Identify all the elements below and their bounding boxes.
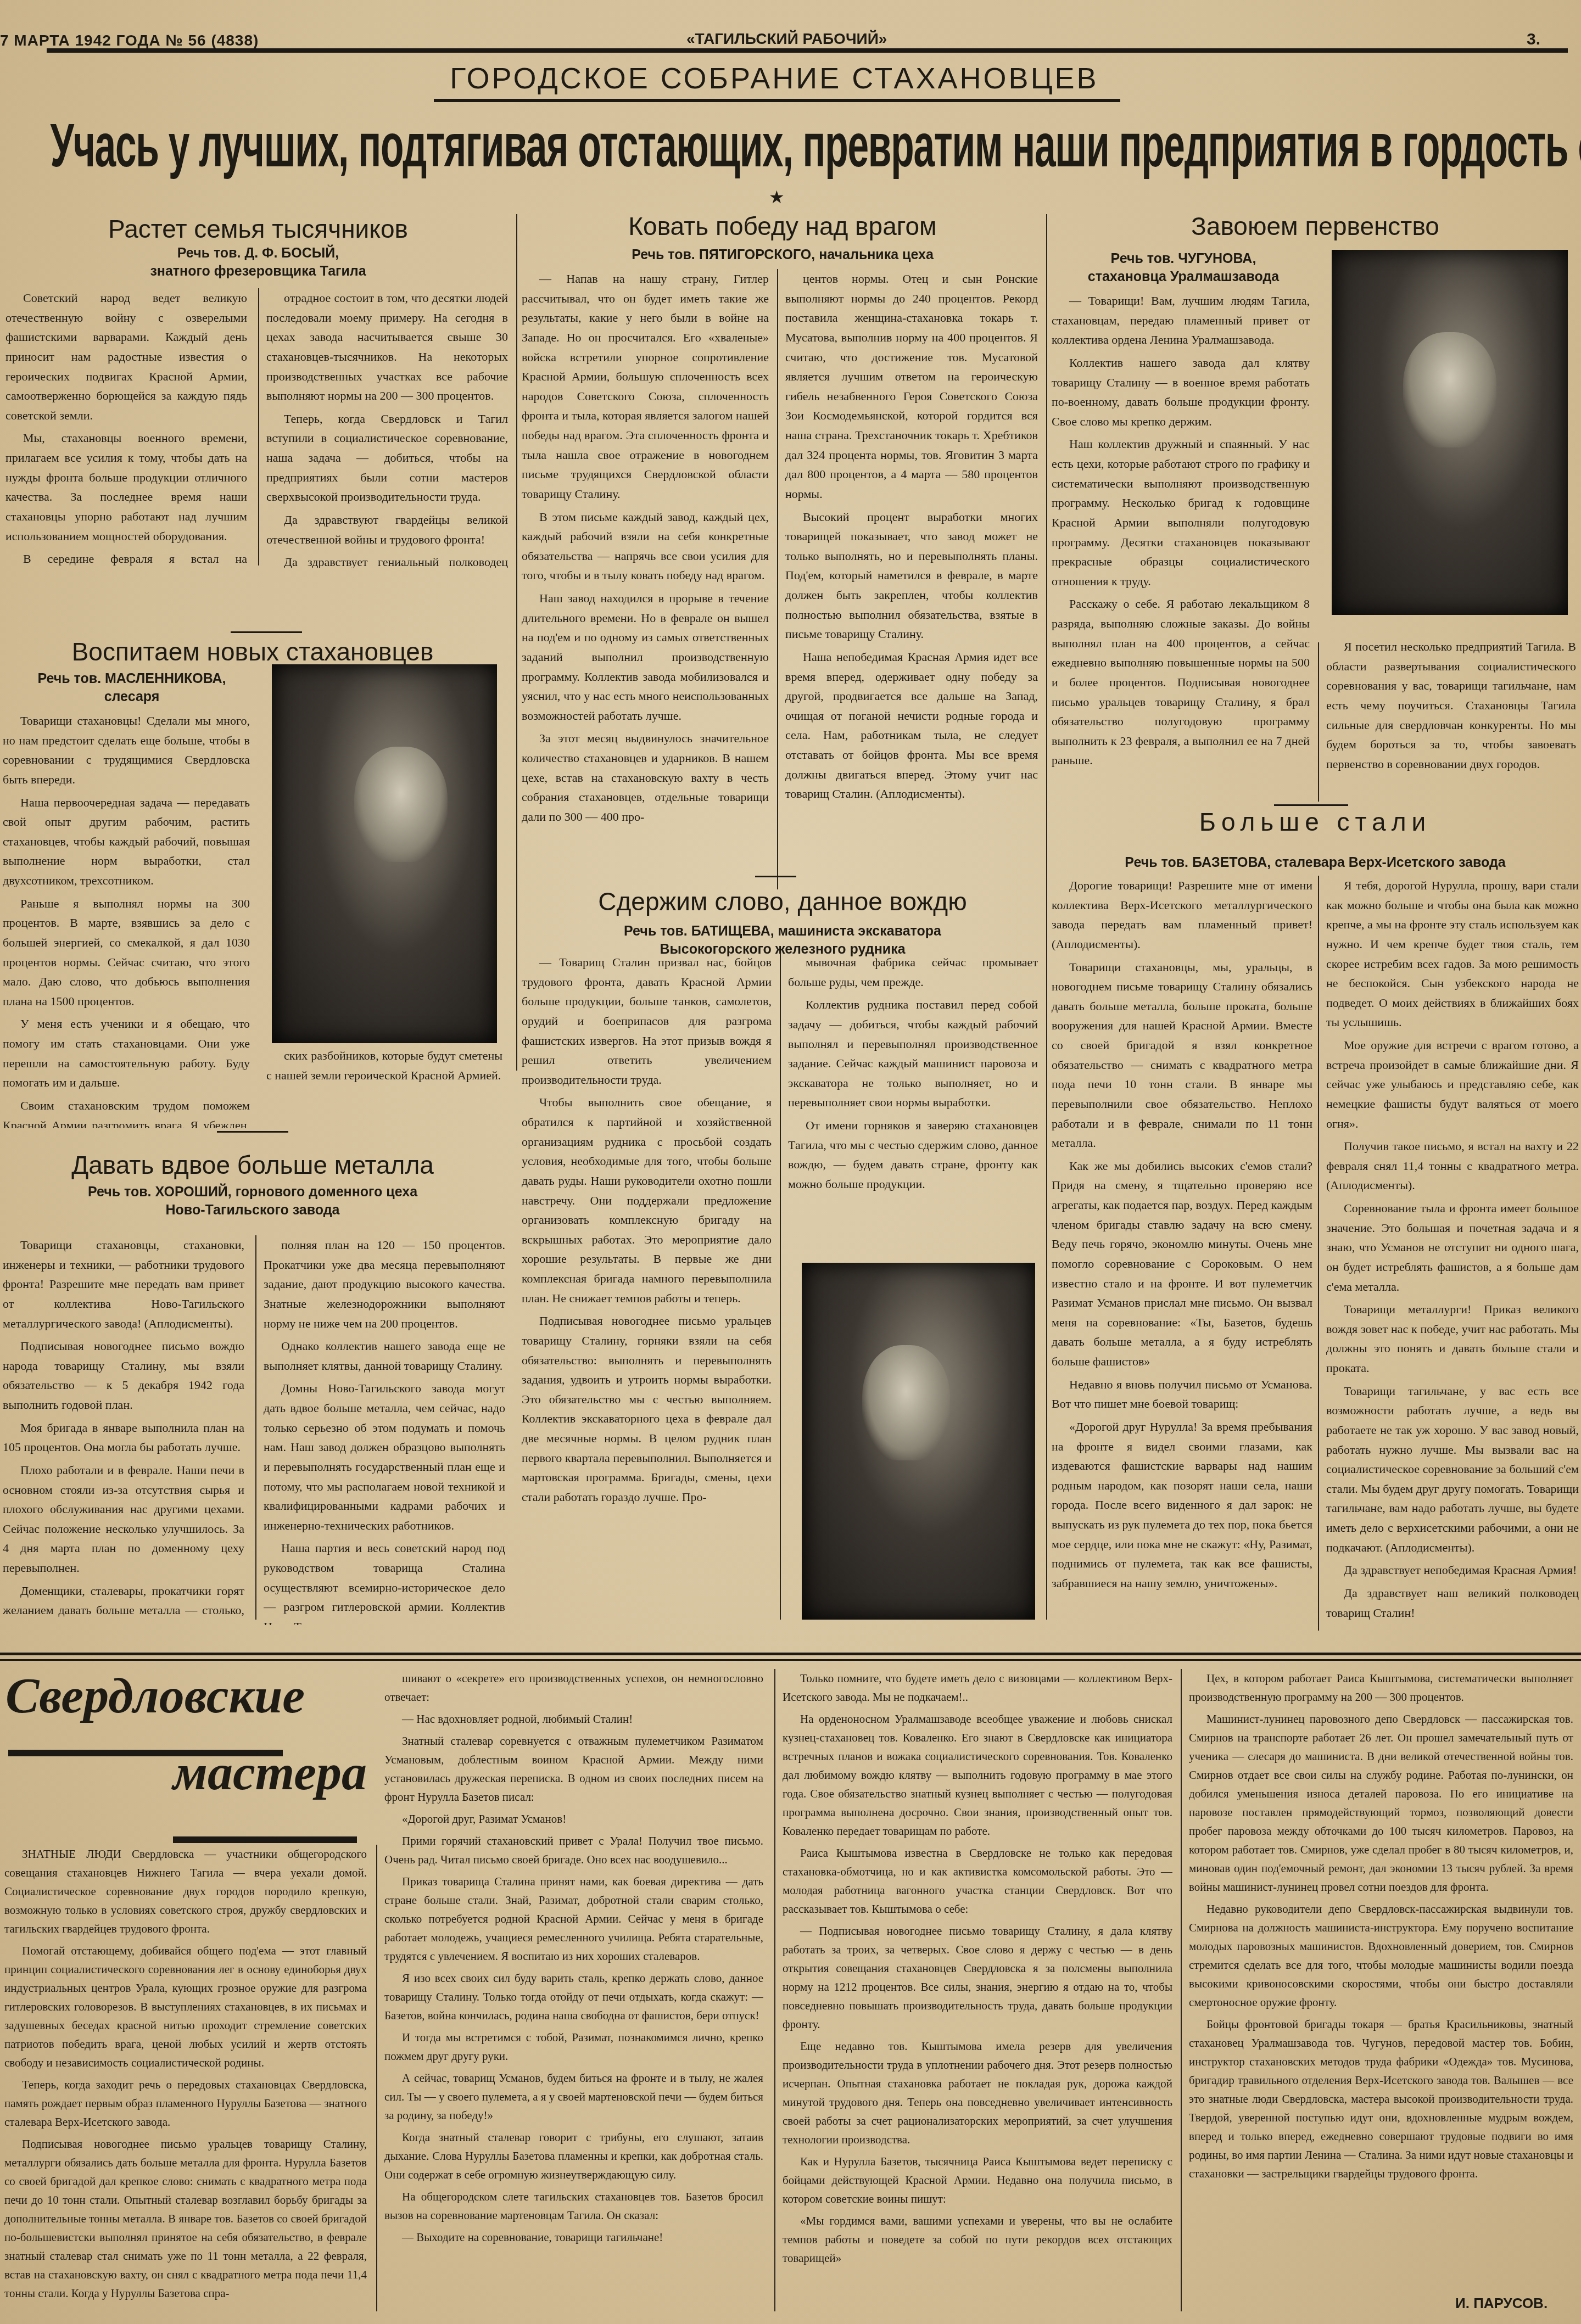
article-column: Советский народ ведет великую отечествен…: [5, 288, 247, 568]
feature-title-line2: мастера: [173, 1743, 367, 1801]
paragraph: Соревнование тыла и фронта имеет большое…: [1326, 1199, 1579, 1296]
paragraph: Расскажу о себе. Я работаю лекальщиком 8…: [1052, 594, 1310, 770]
byline-role: стахановца Уралмашзавода: [1054, 268, 1312, 286]
paragraph: Коллектив нашего завода дал клятву товар…: [1052, 353, 1310, 432]
paragraph: Да здравствует гениальный полководец тов…: [266, 552, 508, 568]
paragraph: Получив такое письмо, я встал на вахту и…: [1326, 1136, 1579, 1195]
byline-name: Речь тов. ЧУГУНОВА,: [1054, 250, 1312, 268]
paragraph: Наша непобедимая Красная Армия идет все …: [785, 647, 1038, 804]
paragraph: отрадное состоит в том, что десятки люде…: [266, 288, 508, 406]
paragraph: Подписывая новогоднее письмо уральцев то…: [522, 1311, 772, 1507]
paragraph: В этом письме каждый завод, каждый цех, …: [522, 507, 769, 586]
article-column: Товарищи стахановцы, стахановки, инженер…: [3, 1235, 244, 1625]
column-divider: [1046, 214, 1047, 1620]
paragraph: Доменщики, сталевары, прокатчики горят ж…: [3, 1581, 244, 1625]
paragraph: Раиса Кыштымова известна в Свердловске н…: [783, 1844, 1172, 1918]
article-column: ЗНАТНЫЕ ЛЮДИ Свердловска — участники общ…: [4, 1845, 367, 2317]
article-column: Я посетил несколько предприятий Тагила. …: [1326, 637, 1576, 802]
paragraph: Однако коллектив нашего завода еще не вы…: [264, 1336, 505, 1375]
paragraph: Да здравствуют гвардейцы великой отечест…: [266, 510, 508, 549]
column-divider: [780, 953, 781, 1620]
paragraph: В середине февраля я встал на стахановск…: [5, 549, 247, 568]
paragraph: Когда знатный сталевар говорит с трибуны…: [384, 2128, 763, 2184]
paragraph: Недавно я вновь получил письмо от Усмано…: [1052, 1375, 1312, 1414]
paragraph: На орденоносном Уралмашзаводе всеобщее у…: [783, 1710, 1172, 1840]
paragraph: На общегородском слете тагильских стахан…: [384, 2187, 763, 2225]
paragraph: — Подписывая новогоднее письмо товарищу …: [783, 1922, 1172, 2034]
paragraph: шивают о «секрете» его производственных …: [384, 1669, 763, 1706]
paragraph: — Нас вдохновляет родной, любимый Сталин…: [384, 1710, 763, 1728]
author-signature: И. ПАРУСОВ.: [1455, 2295, 1548, 2312]
byline-role: Ново-Тагильского завода: [11, 1201, 494, 1219]
paragraph: Моя бригада в январе выполнила план на 1…: [3, 1418, 244, 1457]
masthead-rule: [47, 48, 1568, 53]
paragraph: Домны Ново-Тагильского завода могут дать…: [264, 1379, 505, 1535]
paragraph: Машинист-лунинец паровозного депо Свердл…: [1189, 1710, 1573, 1896]
section-divider-rule: [0, 1653, 1581, 1655]
paragraph: За этот месяц выдвинулось значительное к…: [522, 729, 769, 826]
byline-role: знатного фрезеровщика Тагила: [11, 262, 505, 281]
column-divider: [1181, 1669, 1182, 2311]
article-column: — Напав на нашу страну, Гитлер рассчитыв…: [522, 269, 769, 895]
column-divider: [1318, 642, 1319, 802]
paragraph: От имени горняков я заверяю стахановцев …: [788, 1116, 1038, 1194]
article-column: Цех, в котором работает Раиса Кыштымова,…: [1189, 1669, 1573, 2289]
article-separator: [231, 631, 302, 633]
paragraph: «Дорогой друг Нурулла! За время пребыван…: [1052, 1417, 1312, 1593]
article-column: полняя план на 120 — 150 процентов. Прок…: [264, 1235, 505, 1625]
paragraph: Да здравствует непобедимая Красная Армия…: [1326, 1560, 1579, 1580]
paragraph: Как же мы добились высоких с'емов стали?…: [1052, 1156, 1312, 1371]
paragraph: Наш коллектив дружный и спаянный. У нас …: [1052, 434, 1310, 591]
section-title: ГОРОДСКОЕ СОБРАНИЕ СТАХАНОВЦЕВ: [428, 61, 1120, 96]
article-column: — Товарищ Сталин призвал нас, бойцов тру…: [522, 953, 772, 1625]
paragraph: Подписывая новогоднее письмо уральцев то…: [4, 2135, 367, 2303]
paragraph: Дорогие товарищи! Разрешите мне от имени…: [1052, 876, 1312, 954]
article-title-pyatigorsky: Ковать победу над врагом: [527, 211, 1038, 241]
paragraph: Наш завод находился в прорыве в течение …: [522, 589, 769, 725]
article-separator: [1274, 804, 1348, 806]
byline-bazetov: Речь тов. БАЗЕТОВА, сталевара Верх-Исетс…: [1054, 854, 1576, 872]
paragraph: ЗНАТНЫЕ ЛЮДИ Свердловска — участники общ…: [4, 1845, 367, 1938]
paragraph: Плохо работали и в феврале. Наши печи в …: [3, 1460, 244, 1578]
article-column: отрадное состоит в том, что десятки люде…: [266, 288, 508, 568]
paragraph: У меня есть ученики и я обещаю, что помо…: [3, 1014, 250, 1093]
paragraph: Товарищи стахановцы, стахановки, инженер…: [3, 1235, 244, 1333]
paragraph: Недавно руководители депо Свердловск-пас…: [1189, 1900, 1573, 2012]
paragraph: Приказ товарища Сталина принят нами, как…: [384, 1872, 763, 1965]
article-column: Только помните, что будете иметь дело с …: [783, 1669, 1172, 2317]
column-divider: [255, 1235, 256, 1620]
paragraph: мывочная фабрика сейчас промывает больше…: [788, 953, 1038, 992]
portrait-photo-chugunov: [1332, 250, 1568, 615]
article-column: мывочная фабрика сейчас промывает больше…: [788, 953, 1038, 1194]
column-divider: [258, 288, 259, 565]
paragraph: — Выходите на соревнование, товарищи таг…: [384, 2228, 763, 2247]
paragraph: Высокий процент выработки многих товарищ…: [785, 507, 1038, 644]
paragraph: Чтобы выполнить свое обещание, я обратил…: [522, 1093, 772, 1308]
paragraph: «Дорогой друг, Разимат Усманов!: [384, 1810, 763, 1828]
page-number: 3.: [1527, 30, 1540, 49]
article-title-batishchev: Сдержим слово, данное вождю: [527, 887, 1038, 916]
paragraph: И тогда мы встретимся с тобой, Разимат, …: [384, 2028, 763, 2065]
section-divider-rule: [0, 1659, 1581, 1661]
article-separator: [755, 876, 796, 877]
newspaper-name: «ТАГИЛЬСКИЙ РАБОЧИЙ»: [686, 30, 887, 48]
article-title-bazetov: Больше стали: [1054, 807, 1576, 837]
article-column: Я тебя, дорогой Нурулла, прошу, вари ста…: [1326, 876, 1579, 1633]
article-column: шивают о «секрете» его производственных …: [384, 1669, 763, 2317]
paragraph: Товарищи металлурги! Приказ великого вож…: [1326, 1300, 1579, 1378]
star-ornament: ★: [769, 187, 785, 208]
paragraph: Товарищи стахановцы, мы, уральцы, в ново…: [1052, 957, 1312, 1153]
paragraph: Коллектив рудника поставил перед собой з…: [788, 995, 1038, 1112]
byline-pyatigorsky: Речь тов. ПЯТИГОРСКОГО, начальника цеха: [527, 246, 1038, 264]
paragraph: Теперь, когда заходит речь о передовых с…: [4, 2075, 367, 2131]
feature-title-line1: Свердловские: [5, 1666, 305, 1724]
paragraph: Я тебя, дорогой Нурулла, прошу, вари ста…: [1326, 876, 1579, 1032]
article-column: Товарищи стахановцы! Сделали мы много, н…: [3, 711, 250, 1128]
paragraph: Товарищи стахановцы! Сделали мы много, н…: [3, 711, 250, 789]
paragraph: Товарищи тагильчане, у вас есть все возм…: [1326, 1381, 1579, 1558]
byline-bosy: Речь тов. Д. Ф. БОСЫЙ, знатного фрезеров…: [11, 244, 505, 280]
article-column: ских разбойников, которые будут сметены …: [266, 1046, 502, 1123]
paragraph: Наша первоочередная задача — передавать …: [3, 793, 250, 891]
column-divider: [1318, 876, 1319, 1631]
portrait-photo-maslennikov: [272, 664, 497, 1043]
column-divider: [376, 1845, 377, 2311]
column-divider: [774, 1669, 775, 2311]
paragraph: Я изо всех своих сил буду варить сталь, …: [384, 1969, 763, 2025]
column-divider: [777, 269, 778, 889]
paragraph: — Товарищ Сталин призвал нас, бойцов тру…: [522, 953, 772, 1089]
article-separator: [217, 1131, 288, 1133]
paragraph: Наша партия и весь советский народ под р…: [264, 1538, 505, 1625]
paragraph: Знатный сталевар соревнуется с отважным …: [384, 1732, 763, 1806]
byline-name: Речь тов. БАТИЩЕВА, машиниста экскаватор…: [527, 922, 1038, 940]
column-divider: [516, 214, 517, 1071]
byline-khoroshy: Речь тов. ХОРОШИЙ, горнового доменного ц…: [11, 1183, 494, 1219]
paragraph: Бойцы фронтовой бригады токаря — братья …: [1189, 2015, 1573, 2183]
paragraph: Цех, в котором работает Раиса Кыштымова,…: [1189, 1669, 1573, 1706]
paragraph: Прими горячий стахановский привет с Урал…: [384, 1832, 763, 1869]
article-column: — Товарищи! Вам, лучшим людям Тагила, ст…: [1052, 291, 1310, 807]
paragraph: ских разбойников, которые будут сметены …: [266, 1046, 502, 1085]
byline-chugunov: Речь тов. ЧУГУНОВА, стахановца Уралмашза…: [1054, 250, 1312, 285]
feature-title-underline: [173, 1836, 357, 1843]
main-headline: Учась у лучших, подтягивая отстающих, пр…: [51, 110, 1532, 181]
paragraph: Своим стахановским трудом поможем Красно…: [3, 1096, 250, 1128]
paragraph: «Мы гордимся вами, вашими успехами и уве…: [783, 2211, 1172, 2267]
paragraph: Мы, стахановцы военного времени, прилага…: [5, 428, 247, 546]
paragraph: центов нормы. Отец и сын Ронские выполня…: [785, 269, 1038, 504]
article-title-maslennikov: Воспитаем новых стахановцев: [11, 637, 494, 667]
article-title-bosy: Растет семья тысячников: [11, 214, 505, 244]
paragraph: Подписывая новогоднее письмо вождю народ…: [3, 1336, 244, 1415]
article-title-khoroshy: Давать вдвое больше металла: [11, 1150, 494, 1180]
paragraph: — Напав на нашу страну, Гитлер рассчитыв…: [522, 269, 769, 504]
paragraph: А сейчас, товарищ Усманов, будем биться …: [384, 2069, 763, 2125]
paragraph: — Товарищи! Вам, лучшим людям Тагила, ст…: [1052, 291, 1310, 350]
section-title-underline: [434, 99, 1120, 102]
paragraph: Да здравствует наш великий полководец то…: [1326, 1583, 1579, 1622]
portrait-photo-batishchev: [802, 1263, 1035, 1620]
paragraph: Раньше я выполнял нормы на 300 процентов…: [3, 894, 250, 1011]
paragraph: Только помните, что будете иметь дело с …: [783, 1669, 1172, 1706]
article-title-chugunov: Завоюем первенство: [1054, 211, 1576, 241]
paragraph: Еще недавно тов. Кыштымова имела резерв …: [783, 2037, 1172, 2149]
byline-maslennikov: Речь тов. МАСЛЕННИКОВА, слесаря: [11, 670, 253, 705]
byline-name: Речь тов. МАСЛЕННИКОВА,: [11, 670, 253, 688]
paragraph: Помогай отстающему, добивайся общего под…: [4, 1941, 367, 2072]
byline-name: Речь тов. ХОРОШИЙ, горнового доменного ц…: [11, 1183, 494, 1201]
issue-date: 7 МАРТА 1942 ГОДА № 56 (4838): [0, 32, 259, 49]
paragraph: Я посетил несколько предприятий Тагила. …: [1326, 637, 1576, 774]
byline-role: слесаря: [11, 688, 253, 706]
byline-name: Речь тов. Д. Ф. БОСЫЙ,: [11, 244, 505, 262]
paragraph: полняя план на 120 — 150 процентов. Прок…: [264, 1235, 505, 1333]
paragraph: Советский народ ведет великую отечествен…: [5, 288, 247, 425]
paragraph: Мое оружие для встречи с врагом готово, …: [1326, 1035, 1579, 1133]
article-column: центов нормы. Отец и сын Ронские выполня…: [785, 269, 1038, 895]
paragraph: Как и Нурулла Базетов, тысячница Раиса К…: [783, 2152, 1172, 2208]
paragraph: Теперь, когда Свердловск и Тагил вступил…: [266, 409, 508, 507]
article-column: Дорогие товарищи! Разрешите мне от имени…: [1052, 876, 1312, 1633]
